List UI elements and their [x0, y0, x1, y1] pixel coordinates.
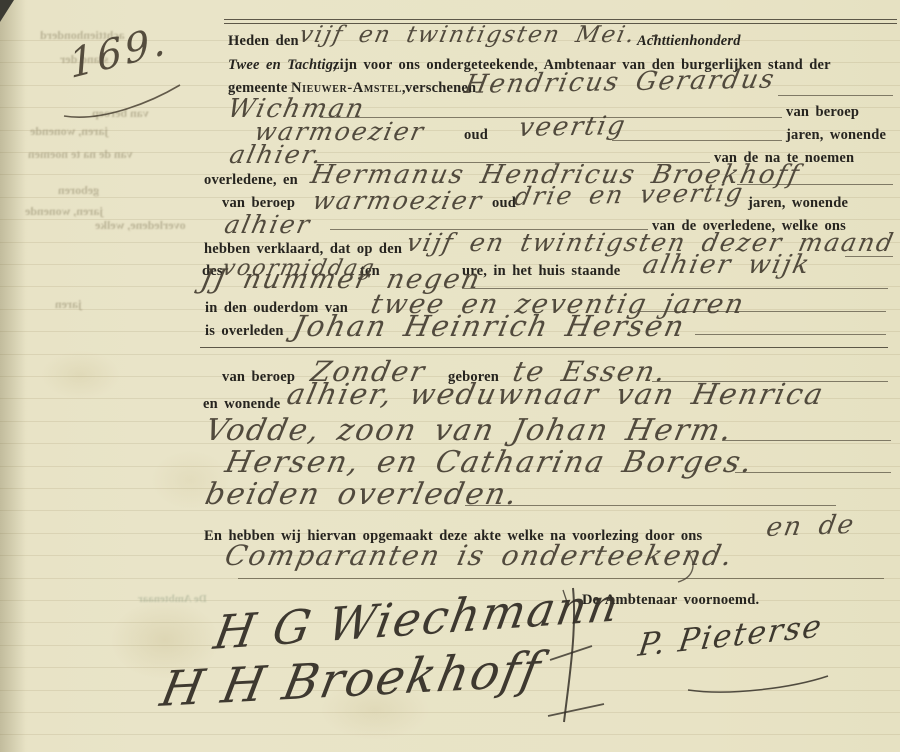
- printed-en-wonende: en wonende: [203, 396, 280, 413]
- printed-jaren-wonende-2: jaren, wonende: [748, 195, 848, 212]
- printed-van-beroep-3: van beroep: [222, 369, 295, 386]
- scan-corner-mark: [0, 0, 14, 22]
- paper-ruled-line: [0, 354, 900, 355]
- printed-jaren-wonende-1: jaren, wonende: [786, 127, 886, 144]
- form-divider-rule: [224, 19, 897, 20]
- form-fill-line: [695, 334, 886, 335]
- verso-bleedthrough-text: De Ambtenaar: [138, 593, 207, 605]
- signature-cross-stroke: [548, 704, 604, 716]
- paper-stain: [40, 350, 120, 400]
- printed-ure-huis-staande: ure, in het huis staande: [462, 263, 620, 280]
- handwritten-declarant1-firstnames: Hendricus Gerardus: [462, 64, 778, 100]
- signature-cross-stroke: [550, 646, 592, 660]
- verso-bleedthrough-text: jaren: [55, 297, 82, 312]
- verso-bleedthrough-text: van de na te noemen: [28, 147, 133, 162]
- handwritten-parents-3: beiden overleden.: [202, 477, 522, 512]
- handwritten-age-1: veertig: [516, 111, 629, 143]
- death-certificate-page: Heden denAchttienhonderdTwee en Tachtig,…: [0, 0, 900, 752]
- handwritten-closing-2: Comparanten is onderteekend.: [222, 539, 737, 572]
- handwritten-residence-1: alhier.: [227, 140, 326, 169]
- handwritten-occupation-2: warmoezier: [310, 186, 486, 215]
- printed-overledene-en: overledene, en: [204, 172, 298, 189]
- verso-bleedthrough-text: jaren, wonende: [25, 204, 103, 219]
- verso-bleedthrough-text: jaren, wonende: [30, 124, 108, 139]
- verso-bleedthrough-text: van beroep: [92, 106, 149, 121]
- handwritten-age-2: drie en veertig: [512, 178, 747, 211]
- verso-bleedthrough-text: overledene, welke: [95, 218, 186, 233]
- form-fill-line: [465, 505, 836, 506]
- form-fill-line: [735, 472, 891, 473]
- printed-heden-den: Heden den: [228, 33, 299, 50]
- form-fill-line: [722, 440, 891, 441]
- paper-ruled-line: [0, 712, 900, 713]
- handwritten-house-location: alhier wijk: [640, 250, 814, 280]
- handwritten-widower-of: alhier, weduwnaar van Henrica: [284, 377, 828, 411]
- printed-van-beroep-1: van beroep: [786, 104, 859, 121]
- handwritten-death-date-header: vijf en twintigsten Mei. -: [297, 22, 664, 48]
- handwritten-closing-1: en de: [764, 510, 858, 543]
- handwritten-deceased-name: Johan Heinrich Hersen: [290, 309, 689, 343]
- form-divider-rule: [200, 347, 888, 348]
- form-fill-line: [778, 95, 893, 96]
- printed-year: Twee en Tachtig,: [228, 57, 337, 74]
- printed-oud-1: oud: [464, 127, 488, 144]
- printed-is-overleden: is overleden: [205, 323, 284, 340]
- verso-bleedthrough-text: geboren: [58, 183, 99, 198]
- handwritten-residence-2: alhier: [222, 210, 314, 239]
- handwritten-parents-1: Vodde, zoon van Johan Herm.: [202, 413, 737, 448]
- form-fill-line: [612, 140, 782, 141]
- paper-ruled-line: [0, 578, 900, 579]
- paper-ruled-line: [0, 734, 900, 735]
- signature-official: P. Pieterse: [636, 608, 825, 664]
- handwritten-parents-2: Hersen, en Catharina Borges.: [222, 445, 757, 480]
- paper-ruled-line: [0, 130, 900, 131]
